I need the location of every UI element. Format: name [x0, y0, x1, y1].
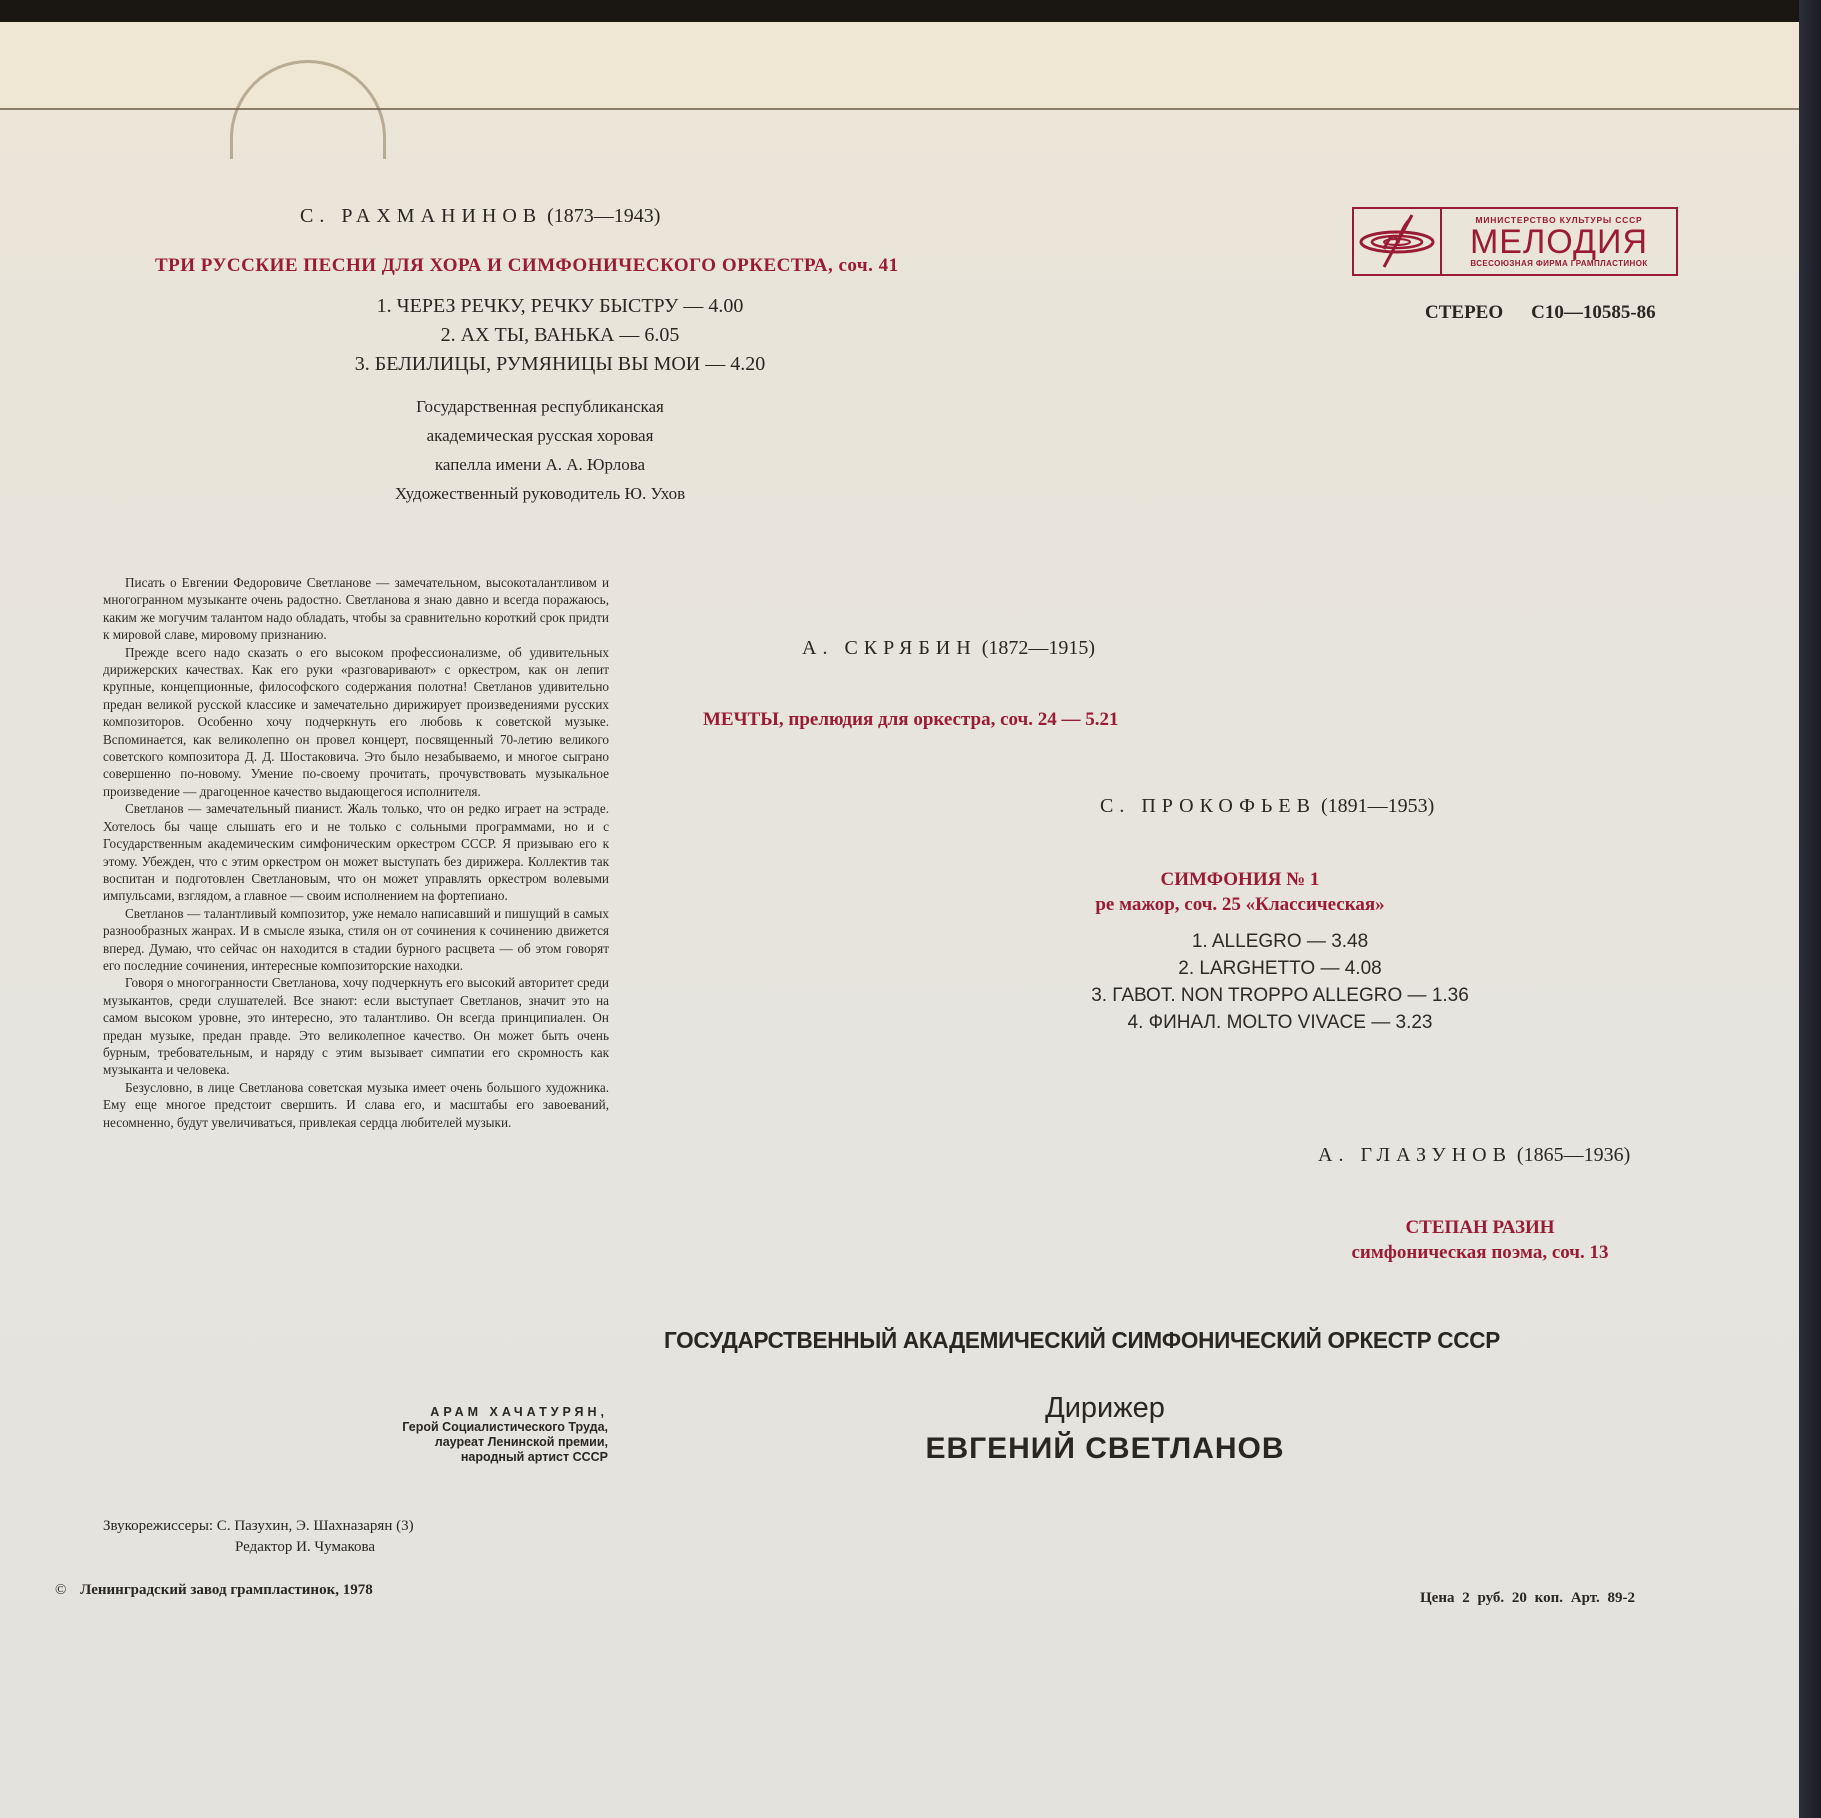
essay-author: АРАМ ХАЧАТУРЯН, [300, 1405, 608, 1420]
conductor-label: Дирижер [900, 1392, 1310, 1425]
sleeve-top-flap [0, 22, 1808, 110]
scriabin-work-title: МЕЧТЫ, прелюдия для оркестра, соч. 24 — … [703, 709, 1119, 731]
melodiya-logo: МИНИСТЕРСТВО КУЛЬТУРЫ СССР МЕЛОДИЯ ВСЕСО… [1352, 207, 1678, 276]
composer-years: (1891—1953) [1321, 795, 1434, 817]
brand-name: МЕЛОДИЯ [1442, 225, 1676, 259]
production-credits: Звукорежиссеры: С. Пазухин, Э. Шахназаря… [103, 1516, 414, 1558]
editor-credit: Редактор И. Чумакова [103, 1537, 414, 1558]
sound-engineers: Звукорежиссеры: С. Пазухин, Э. Шахназаря… [103, 1516, 414, 1537]
glazunov-work-title: СТЕПАН РАЗИН симфоническая поэма, соч. 1… [1330, 1215, 1630, 1265]
sleeve-right-edge [1799, 0, 1821, 1818]
composer-years: (1873—1943) [547, 205, 660, 227]
rachmaninov-composer-heading: С. РАХМАНИНОВ (1873—1943) [300, 205, 660, 228]
flap-wear-mark [230, 60, 386, 159]
catalog-number: СТЕРЕОС10—10585-86 [1425, 302, 1656, 324]
copyright-icon: © [55, 1582, 66, 1598]
composer-name: С. РАХМАНИНОВ [300, 205, 542, 227]
performer-line: капелла имени А. А. Юрлова [320, 450, 760, 479]
author-title: лауреат Ленинской премии, [300, 1435, 608, 1450]
author-title: Герой Социалистического Труда, [300, 1420, 608, 1435]
conductor-name: ЕВГЕНИЙ СВЕТЛАНОВ [880, 1432, 1330, 1466]
composer-years: (1872—1915) [982, 637, 1095, 659]
work-title-text: СИМФОНИЯ № 1 [1040, 867, 1440, 892]
track-item: 4. ФИНАЛ. MOLTO VIVACE — 3.23 [1020, 1009, 1540, 1036]
work-title-text: ТРИ РУССКИЕ ПЕСНИ ДЛЯ ХОРА И СИМФОНИЧЕСК… [155, 255, 833, 276]
work-opus: соч. 41 [838, 255, 898, 276]
composer-name: С. ПРОКОФЬЕВ [1100, 795, 1316, 817]
essay-paragraph: Говоря о многогранности Светланова, хочу… [103, 974, 609, 1078]
performer-line: Художественный руководитель Ю. Ухов [320, 479, 760, 508]
composer-name: А. СКРЯБИН [802, 637, 977, 659]
essay-paragraph: Прежде всего надо сказать о его высоком … [103, 644, 609, 801]
rachmaninov-performers: Государственная республиканская академич… [320, 392, 760, 508]
author-title: народный артист СССР [300, 1450, 608, 1465]
melodiya-record-icon [1354, 209, 1442, 274]
melodiya-text-block: МИНИСТЕРСТВО КУЛЬТУРЫ СССР МЕЛОДИЯ ВСЕСО… [1442, 209, 1676, 274]
track-item: 3. ГАВОТ. NON TROPPO ALLEGRO — 1.36 [1020, 982, 1540, 1009]
prokofiev-track-list: 1. ALLEGRO — 3.48 2. LARGHETTO — 4.08 3.… [1020, 928, 1540, 1036]
orchestra-name: ГОСУДАРСТВЕННЫЙ АКАДЕМИЧЕСКИЙ СИМФОНИЧЕС… [664, 1327, 1500, 1354]
catalog-code: С10—10585-86 [1531, 302, 1656, 323]
prokofiev-composer-heading: С. ПРОКОФЬЕВ (1891—1953) [1100, 795, 1434, 818]
track-item: 2. АХ ТЫ, ВАНЬКА — 6.05 [300, 321, 820, 350]
essay-paragraph: Светланов — замечательный пианист. Жаль … [103, 800, 609, 904]
copyright-notice: © Ленинградский завод грампластинок, 197… [55, 1582, 373, 1599]
track-item: 3. БЕЛИЛИЦЫ, РУМЯНИЦЫ ВЫ МОИ — 4.20 [300, 350, 820, 379]
work-subtitle: ре мажор, соч. 25 «Классическая» [1040, 892, 1440, 917]
track-item: 2. LARGHETTO — 4.08 [1020, 955, 1540, 982]
rachmaninov-track-list: 1. ЧЕРЕЗ РЕЧКУ, РЕЧКУ БЫСТРУ — 4.00 2. А… [300, 292, 820, 379]
track-item: 1. ALLEGRO — 3.48 [1020, 928, 1540, 955]
essay-signature: АРАМ ХАЧАТУРЯН, Герой Социалистического … [300, 1405, 608, 1465]
work-title-text: МЕЧТЫ, [703, 709, 784, 730]
performer-line: Государственная республиканская [320, 392, 760, 421]
format-label: СТЕРЕО [1425, 302, 1503, 323]
work-subtitle: симфоническая поэма, соч. 13 [1330, 1240, 1630, 1265]
company-text: ВСЕСОЮЗНАЯ ФИРМА ГРАМПЛАСТИНОК [1442, 259, 1676, 268]
composer-years: (1865—1936) [1517, 1144, 1630, 1166]
rachmaninov-work-title: ТРИ РУССКИЕ ПЕСНИ ДЛЯ ХОРА И СИМФОНИЧЕСК… [155, 255, 899, 277]
work-subtitle: прелюдия для оркестра, соч. 24 — 5.21 [788, 709, 1118, 730]
liner-notes-essay: Писать о Евгении Федоровиче Светланове —… [103, 574, 609, 1131]
track-item: 1. ЧЕРЕЗ РЕЧКУ, РЕЧКУ БЫСТРУ — 4.00 [300, 292, 820, 321]
price-info: Цена 2 руб. 20 коп. Арт. 89-2 [1420, 1590, 1635, 1607]
performer-line: академическая русская хоровая [320, 421, 760, 450]
composer-name: А. ГЛАЗУНОВ [1318, 1144, 1512, 1166]
glazunov-composer-heading: А. ГЛАЗУНОВ (1865—1936) [1318, 1144, 1630, 1167]
essay-paragraph: Писать о Евгении Федоровиче Светланове —… [103, 574, 609, 644]
essay-paragraph: Светланов — талантливый композитор, уже … [103, 905, 609, 975]
essay-paragraph: Безусловно, в лице Светланова советская … [103, 1079, 609, 1131]
prokofiev-work-title: СИМФОНИЯ № 1 ре мажор, соч. 25 «Классиче… [1040, 867, 1440, 917]
copyright-text: Ленинградский завод грампластинок, 1978 [80, 1582, 373, 1598]
work-title-text: СТЕПАН РАЗИН [1330, 1215, 1630, 1240]
scriabin-composer-heading: А. СКРЯБИН (1872—1915) [802, 637, 1095, 660]
record-sleeve-back: С. РАХМАНИНОВ (1873—1943) ТРИ РУССКИЕ ПЕ… [0, 22, 1808, 1818]
